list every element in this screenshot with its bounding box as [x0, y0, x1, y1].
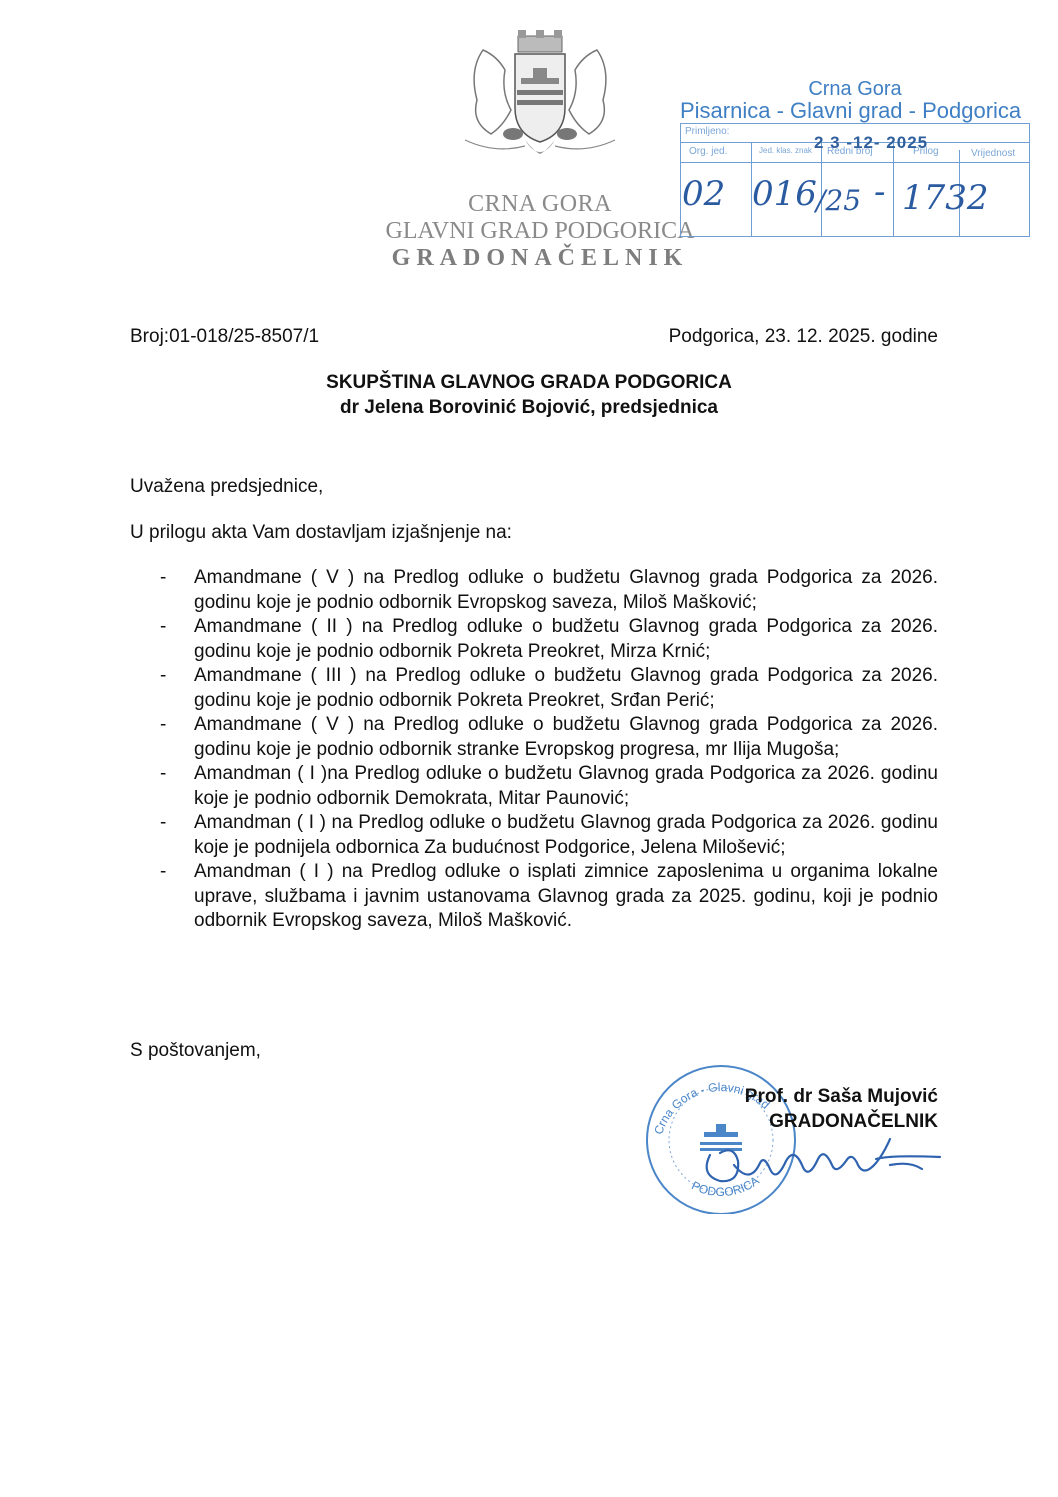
list-item-text: Amandman ( I ) na Predlog odluke o ispla… — [194, 861, 938, 931]
handwritten-signature-icon — [690, 1125, 950, 1195]
stamp-col-value: Vrijednost — [971, 148, 1015, 159]
stamp-year: /25 — [816, 184, 861, 217]
stamp-serial: 1732 — [902, 178, 989, 218]
reference-number: Broj:01-018/25-8507/1 — [130, 324, 319, 349]
stamp-received-label: Primljeno: — [685, 126, 729, 137]
list-item-text: Amandmane ( V ) na Predlog odluke o budž… — [194, 714, 938, 760]
bullet-dash: - — [160, 762, 166, 787]
stamp-col-org: Org. jed. — [689, 146, 727, 157]
bullet-dash: - — [160, 860, 166, 885]
recipient-person: dr Jelena Borovinić Bojović, predsjednic… — [0, 397, 1058, 419]
coat-of-arms-icon — [455, 30, 625, 170]
letterhead-office: GRADONAČELNIK — [360, 245, 720, 272]
list-item: -Amandman ( I ) na Predlog odluke o ispl… — [160, 860, 938, 934]
letterhead-country: CRNA GORA — [360, 191, 720, 218]
list-item-text: Amandmane ( V ) na Predlog odluke o budž… — [194, 567, 938, 613]
list-item-text: Amandman ( I ) na Predlog odluke o budže… — [194, 812, 938, 858]
list-item: -Amandmane ( III ) na Predlog odluke o b… — [160, 664, 938, 713]
stamp-received-date: 2 3 -12- 2025 — [814, 133, 928, 153]
salutation: Uvažena predsjednice, — [130, 474, 323, 499]
closing-phrase: S poštovanjem, — [130, 1038, 261, 1063]
bullet-dash: - — [160, 664, 166, 689]
list-item: -Amandmane ( II ) na Predlog odluke o bu… — [160, 615, 938, 664]
stamp-org-unit: 02 — [682, 174, 725, 214]
stamp-class-code: 016 — [752, 174, 817, 214]
list-item: -Amandmane ( V ) na Predlog odluke o bud… — [160, 713, 938, 762]
amendments-list: -Amandmane ( V ) na Predlog odluke o bud… — [160, 566, 938, 934]
letterhead-city: GLAVNI GRAD PODGORICA — [360, 218, 720, 245]
stamp-dash: - — [874, 172, 886, 212]
bullet-dash: - — [160, 811, 166, 836]
place-and-date: Podgorica, 23. 12. 2025. godine — [669, 324, 938, 349]
list-item: -Amandman ( I )na Predlog odluke o budže… — [160, 762, 938, 811]
registry-stamp: Crna Gora Pisarnica - Glavni grad - Podg… — [676, 78, 1034, 238]
signer-name: Prof. dr Saša Mujović — [745, 1086, 938, 1108]
list-item-text: Amandman ( I )na Predlog odluke o budžet… — [194, 763, 938, 809]
bullet-dash: - — [160, 566, 166, 591]
intro-paragraph: U prilogu akta Vam dostavljam izjašnjenj… — [130, 520, 512, 545]
bullet-dash: - — [160, 713, 166, 738]
recipient-institution: SKUPŠTINA GLAVNOG GRADA PODGORICA — [0, 372, 1058, 394]
list-item: -Amandmane ( V ) na Predlog odluke o bud… — [160, 566, 938, 615]
list-item-text: Amandmane ( III ) na Predlog odluke o bu… — [194, 665, 938, 711]
bullet-dash: - — [160, 615, 166, 640]
list-item: -Amandman ( I ) na Predlog odluke o budž… — [160, 811, 938, 860]
stamp-col-class: Jed. klas. znak — [759, 146, 812, 155]
list-item-text: Amandmane ( II ) na Predlog odluke o bud… — [194, 616, 938, 662]
stamp-office: Pisarnica - Glavni grad - Podgorica — [680, 98, 1021, 124]
